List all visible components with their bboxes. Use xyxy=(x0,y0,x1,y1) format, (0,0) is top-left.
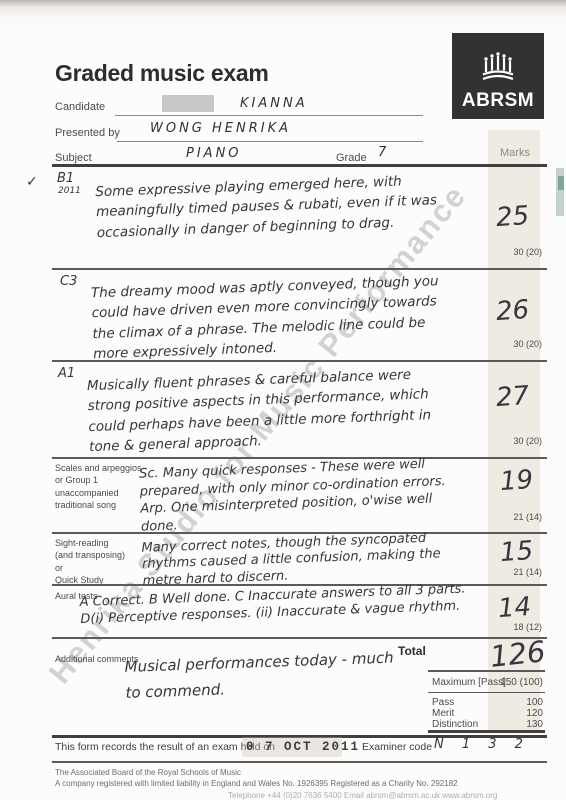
total-mark: 126 xyxy=(488,634,547,674)
merit-value: 120 xyxy=(526,708,543,719)
subject-value: PIANO xyxy=(186,146,242,161)
section-divider xyxy=(52,164,547,167)
grade-value: 7 xyxy=(378,145,389,160)
grade-label: Grade xyxy=(336,152,367,164)
section-divider xyxy=(52,532,547,534)
score-table-bottom-rule xyxy=(428,730,545,733)
footer-registration: A company registered with limited liabil… xyxy=(55,779,458,790)
sight-label-line: or xyxy=(55,562,125,574)
mark-scales: 19 xyxy=(499,465,534,497)
sight-label-line: (and transposing) xyxy=(55,549,125,561)
candidate-value: KIANNA xyxy=(240,96,308,111)
scales-label-line: or Group 1 xyxy=(55,474,142,486)
maximum-pass-value: 150 (100) xyxy=(500,677,543,688)
abrsm-logo: ABRSM xyxy=(452,33,544,119)
scales-label-line: unaccompanied xyxy=(55,487,142,499)
maximum-pass-label: Maximum [Pass] xyxy=(432,677,506,688)
subject-label: Subject xyxy=(55,152,92,164)
mark-aural: 14 xyxy=(497,592,532,624)
sight-label-line: Sight-reading xyxy=(55,537,125,549)
merit-label: Merit xyxy=(432,708,454,719)
mark-b1: 25 xyxy=(495,201,530,233)
scales-section-label: Scales and arpeggios or Group 1 unaccomp… xyxy=(55,462,142,512)
pass-label: Pass xyxy=(432,697,454,708)
examiner-comment-b1: Some expressive playing emerged here, wi… xyxy=(95,170,449,243)
mark-sight: 15 xyxy=(499,536,534,568)
page-title: Graded music exam xyxy=(55,60,269,87)
examiner-code-value: N 1 3 2 xyxy=(434,737,530,752)
footer-contact: Telephone +44 (0)20 7636 5400 Email abrs… xyxy=(228,791,497,800)
max-mark-b1: 30 (20) xyxy=(458,247,542,257)
candidate-line xyxy=(115,114,423,116)
score-table-rule xyxy=(428,692,545,693)
abrsm-logo-text: ABRSM xyxy=(462,90,534,112)
examiner-comment-c3: The dreamy mood was aptly conveyed, thou… xyxy=(91,271,454,365)
scales-label-line: Scales and arpeggios xyxy=(55,462,142,474)
footer-org-name: The Associated Board of the Royal School… xyxy=(55,768,241,779)
candidate-label: Candidate xyxy=(55,101,105,113)
crown-icon xyxy=(476,51,520,86)
piece-label-b1: B1 xyxy=(57,171,74,186)
max-mark-scales: 21 (14) xyxy=(458,512,542,522)
sight-label-line: Quick Study xyxy=(55,574,125,586)
max-mark-c3: 30 (20) xyxy=(458,339,542,349)
sight-reading-section-label: Sight-reading (and transposing) or Quick… xyxy=(55,537,125,587)
date-stamp: 0 7 OCT 2011 xyxy=(246,740,360,754)
examiner-comment-a1: Musically fluent phrases & careful balan… xyxy=(87,364,442,457)
examiner-code-label: Examiner code xyxy=(362,741,432,753)
additional-comments-text: Musical performances today - much to com… xyxy=(124,645,406,706)
examiner-comment-sight: Many correct notes, though the syncopate… xyxy=(141,529,473,589)
presented-by-line xyxy=(117,140,423,142)
checkmark: ✓ xyxy=(26,174,38,190)
section-divider xyxy=(52,268,547,270)
section-divider xyxy=(52,637,547,639)
max-mark-aural: 18 (12) xyxy=(458,622,542,632)
redaction-box xyxy=(162,95,214,112)
scan-artifact-dark xyxy=(558,176,564,190)
mark-a1: 27 xyxy=(495,381,530,413)
mark-c3: 26 xyxy=(495,295,530,327)
form-row-bottom-rule xyxy=(52,761,547,763)
examiner-comment-scales: Sc. Many quick responses - These were we… xyxy=(139,454,465,535)
scales-label-line: traditional song xyxy=(55,499,142,511)
max-mark-a1: 30 (20) xyxy=(458,436,542,446)
pass-value: 100 xyxy=(526,697,543,708)
scanned-exam-form: Henrika Studio for Music Performance Gra… xyxy=(0,0,566,800)
total-label: Total xyxy=(398,644,426,658)
piece-label-a1: A1 xyxy=(58,366,75,381)
total-rule xyxy=(428,670,545,672)
distinction-value: 130 xyxy=(526,719,543,730)
piece-label-b1-year: 2011 xyxy=(58,186,81,196)
distinction-label: Distinction xyxy=(432,719,478,730)
piece-label-c3: C3 xyxy=(60,274,77,289)
section-divider xyxy=(52,457,547,459)
presented-by-value: WONG HENRIKA xyxy=(150,121,291,136)
presented-by-label: Presented by xyxy=(55,127,120,139)
max-mark-sight: 21 (14) xyxy=(458,567,542,577)
